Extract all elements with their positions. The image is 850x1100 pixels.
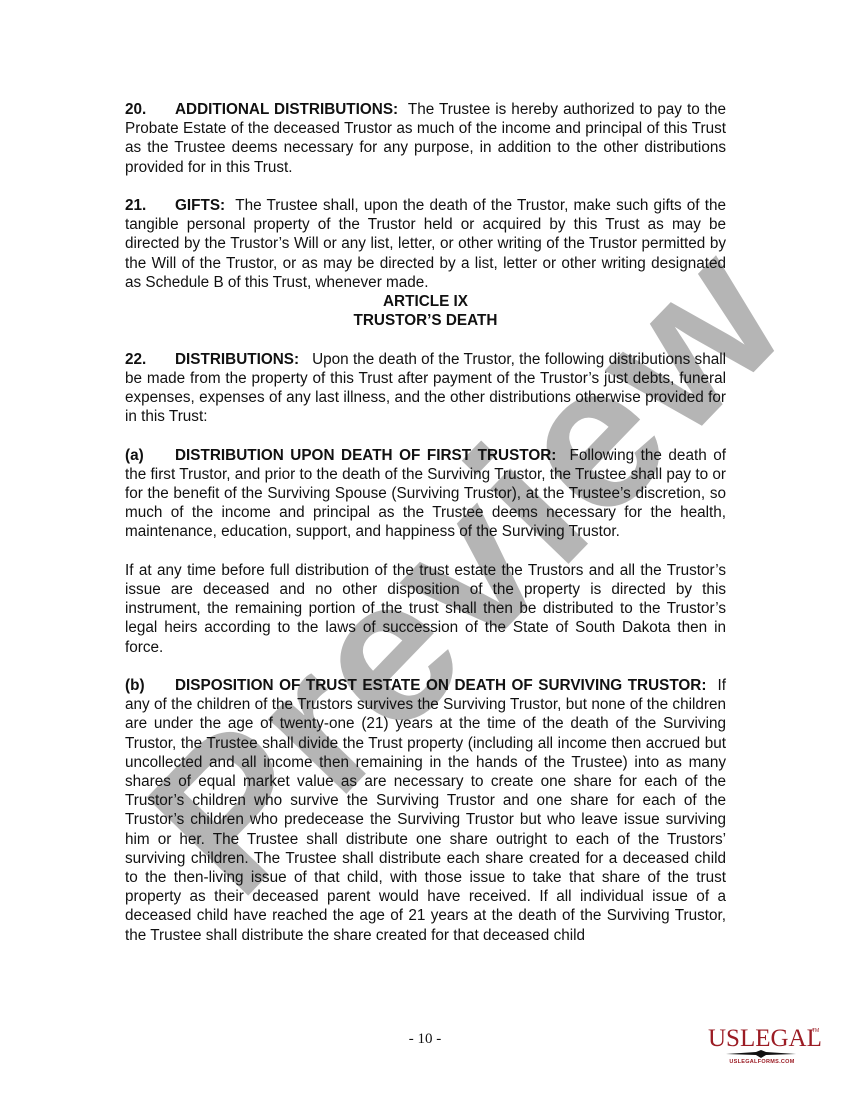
paragraph-legal-heirs: If at any time before full distribution … — [125, 561, 726, 657]
section-heading: GIFTS: — [175, 197, 225, 214]
article-number: ARTICLE IX — [125, 292, 726, 311]
subsection-heading: DISTRIBUTION UPON DEATH OF FIRST TRUSTOR… — [175, 447, 556, 464]
logo-trademark: TM — [812, 1028, 819, 1034]
section-heading: DISTRIBUTIONS: — [175, 351, 299, 368]
document-body: 20.ADDITIONAL DISTRIBUTIONS: The Trustee… — [125, 100, 726, 945]
section-21: 21.GIFTS: The Trustee shall, upon the de… — [125, 196, 726, 292]
article-heading: ARTICLE IX TRUSTOR’S DEATH — [125, 292, 726, 330]
subsection-a: (a)DISTRIBUTION UPON DEATH OF FIRST TRUS… — [125, 446, 726, 542]
section-20: 20.ADDITIONAL DISTRIBUTIONS: The Trustee… — [125, 100, 726, 177]
eagle-wing-icon — [726, 1050, 796, 1058]
document-page: Preview 20.ADDITIONAL DISTRIBUTIONS: The… — [0, 0, 850, 1100]
section-number: 21. — [125, 196, 175, 215]
subsection-body: If any of the children of the Trustors s… — [125, 677, 726, 944]
subsection-b: (b)DISPOSITION OF TRUST ESTATE ON DEATH … — [125, 676, 726, 945]
subsection-heading: DISPOSITION OF TRUST ESTATE ON DEATH OF … — [175, 677, 706, 694]
section-22: 22.DISTRIBUTIONS: Upon the death of the … — [125, 350, 726, 427]
subsection-label: (b) — [125, 676, 175, 695]
subsection-label: (a) — [125, 446, 175, 465]
logo-wordmark: USLEGAL — [708, 1026, 822, 1051]
article-title: TRUSTOR’S DEATH — [125, 311, 726, 330]
logo-url: USLEGALFORMS.COM — [706, 1059, 818, 1065]
section-number: 20. — [125, 100, 175, 119]
section-heading: ADDITIONAL DISTRIBUTIONS: — [175, 101, 398, 118]
section-number: 22. — [125, 350, 175, 369]
uslegal-logo: USLEGAL TM USLEGALFORMS.COM — [706, 1026, 821, 1068]
